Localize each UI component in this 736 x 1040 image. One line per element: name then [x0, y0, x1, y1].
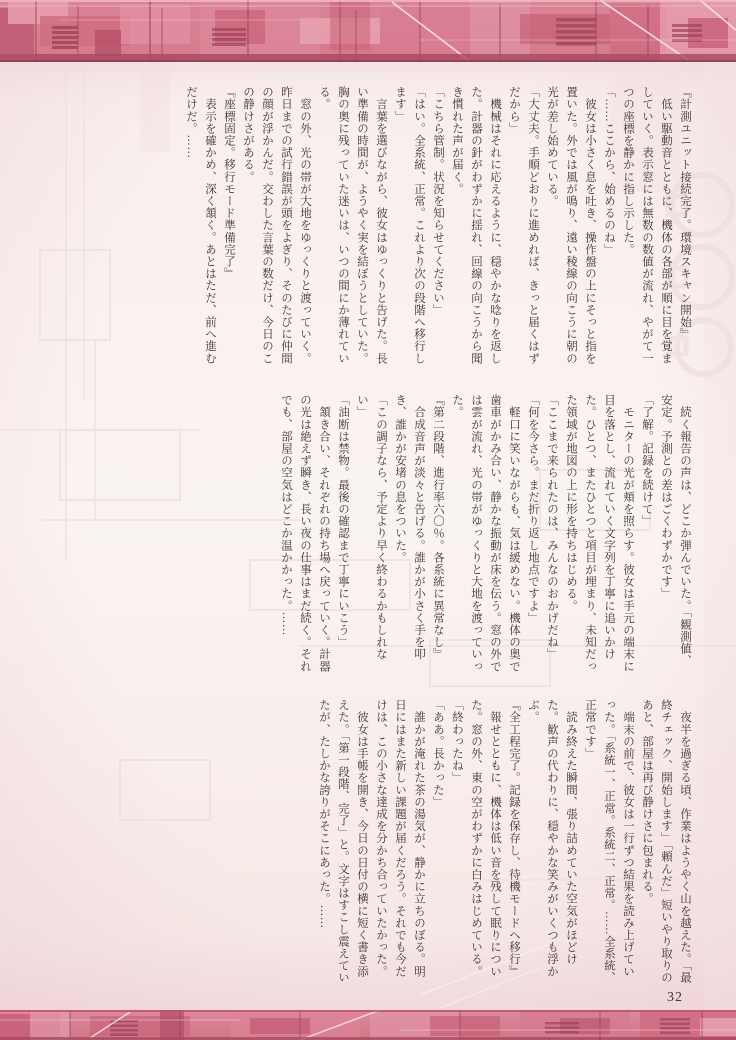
text-band-3: 夜半を過ぎる頃、作業はようやく山を越えた。「最終チェック、開始します」「頼んだ」… [76, 699, 694, 986]
novel-page: 『計測ユニット接続完了。環境スキャン開始』 低い駆動音とともに、機体の各部が順に… [0, 0, 736, 1040]
top-border-decoration [0, 0, 736, 62]
text-band-2: 続く報告の声は、どこか弾んでいた。「観測値、安定。予測との差はごくわずかです」 … [76, 394, 694, 673]
page-number: 32 [667, 990, 683, 1006]
text-band-1: 『計測ユニット接続完了。環境スキャン開始』 低い駆動音とともに、機体の各部が順に… [76, 86, 694, 369]
bottom-border-decoration [0, 1010, 736, 1040]
